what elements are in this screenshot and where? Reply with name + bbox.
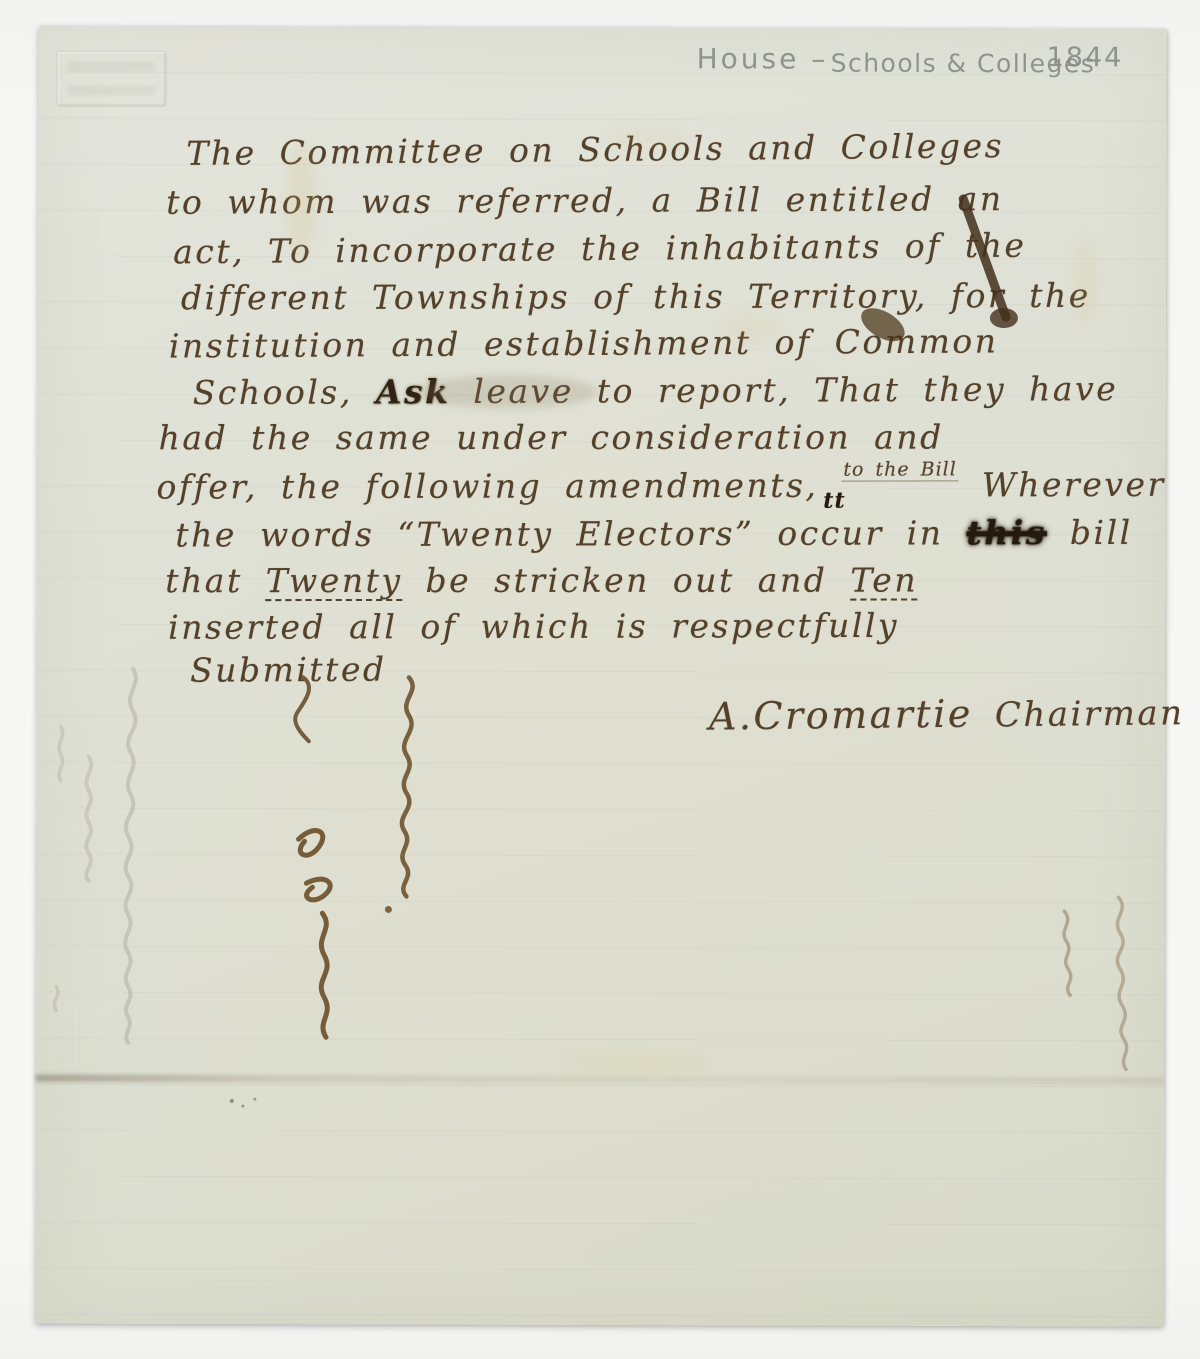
letter-line-11: inserted all of which is respectfully bbox=[168, 606, 899, 647]
letter-line-05: institution and establishment of Common bbox=[169, 321, 999, 365]
line08-post: Wherever bbox=[982, 465, 1166, 504]
scribble-right-long bbox=[1117, 897, 1127, 1069]
scribble-right-small bbox=[1064, 911, 1071, 995]
letter-line-03: act, To incorporate the inhabitants of t… bbox=[173, 226, 1027, 272]
signature-name: A.Cromartie bbox=[709, 692, 973, 739]
scribble-p-loops bbox=[298, 830, 330, 1037]
word-ask-heavily-inked: Ask bbox=[376, 372, 451, 411]
underlined-word-ten: Ten bbox=[850, 561, 918, 600]
line09-pre: the words “Twenty Electors” occur in bbox=[175, 513, 943, 554]
interlinear-insertion: to the Bill bbox=[841, 458, 959, 481]
fold-crease bbox=[36, 1075, 1164, 1085]
letter-line-07: had the same under consideration and bbox=[159, 418, 944, 458]
ink-speck-3 bbox=[253, 1098, 256, 1101]
letter-line-09: the words “Twenty Electors” occur in thi… bbox=[175, 513, 1132, 555]
manuscript-paper: House – Schools & Colleges 1844 The Comm… bbox=[35, 27, 1166, 1327]
scribble-dot bbox=[385, 906, 392, 913]
correction-mark-tt: tt bbox=[823, 488, 845, 514]
line10-pre: that bbox=[165, 561, 242, 600]
bleedthrough-left-2 bbox=[86, 757, 91, 881]
signature-line: A.CromartieChairman bbox=[709, 689, 1185, 738]
letter-line-02: to whom was referred, a Bill entitled an bbox=[166, 179, 1004, 222]
bleedthrough-left-3 bbox=[54, 727, 62, 1011]
signature-title: Chairman bbox=[995, 693, 1185, 735]
pencil-annotation-house: House – bbox=[697, 42, 829, 75]
scribble-long-chain bbox=[402, 677, 413, 896]
letter-line-08: offer, the following amendments, to the … bbox=[156, 465, 1165, 507]
line06-post: leave to report, That they have bbox=[473, 369, 1118, 411]
ink-speck-2 bbox=[241, 1105, 244, 1108]
letter-line-10: that Twenty be stricken out and Ten bbox=[165, 561, 918, 601]
line06-pre: Schools, bbox=[193, 372, 353, 412]
embossed-stamp bbox=[56, 51, 166, 107]
line10-mid: be stricken out and bbox=[425, 561, 827, 600]
ink-speck-1 bbox=[230, 1099, 234, 1103]
letter-line-12: Submitted bbox=[190, 650, 387, 690]
letter-line-04: different Townships of this Territory, f… bbox=[181, 276, 1091, 317]
letter-line-01: The Committee on Schools and Colleges bbox=[186, 126, 1004, 173]
word-blotted-out: this bbox=[966, 513, 1046, 552]
pencil-annotation-year: 1844 bbox=[1047, 42, 1124, 73]
stain-bottom bbox=[564, 1052, 708, 1074]
bleedthrough-left-1 bbox=[125, 669, 136, 1043]
underlined-word-twenty: Twenty bbox=[266, 561, 403, 600]
line08-pre: offer, the following amendments, bbox=[156, 466, 818, 507]
letter-line-06: Schools, Ask leave to report, That they … bbox=[193, 369, 1119, 412]
line09-post: bill bbox=[1070, 513, 1133, 552]
scan-background: { "colors": { "ink": "#55412a", "pencil"… bbox=[0, 0, 1200, 1359]
